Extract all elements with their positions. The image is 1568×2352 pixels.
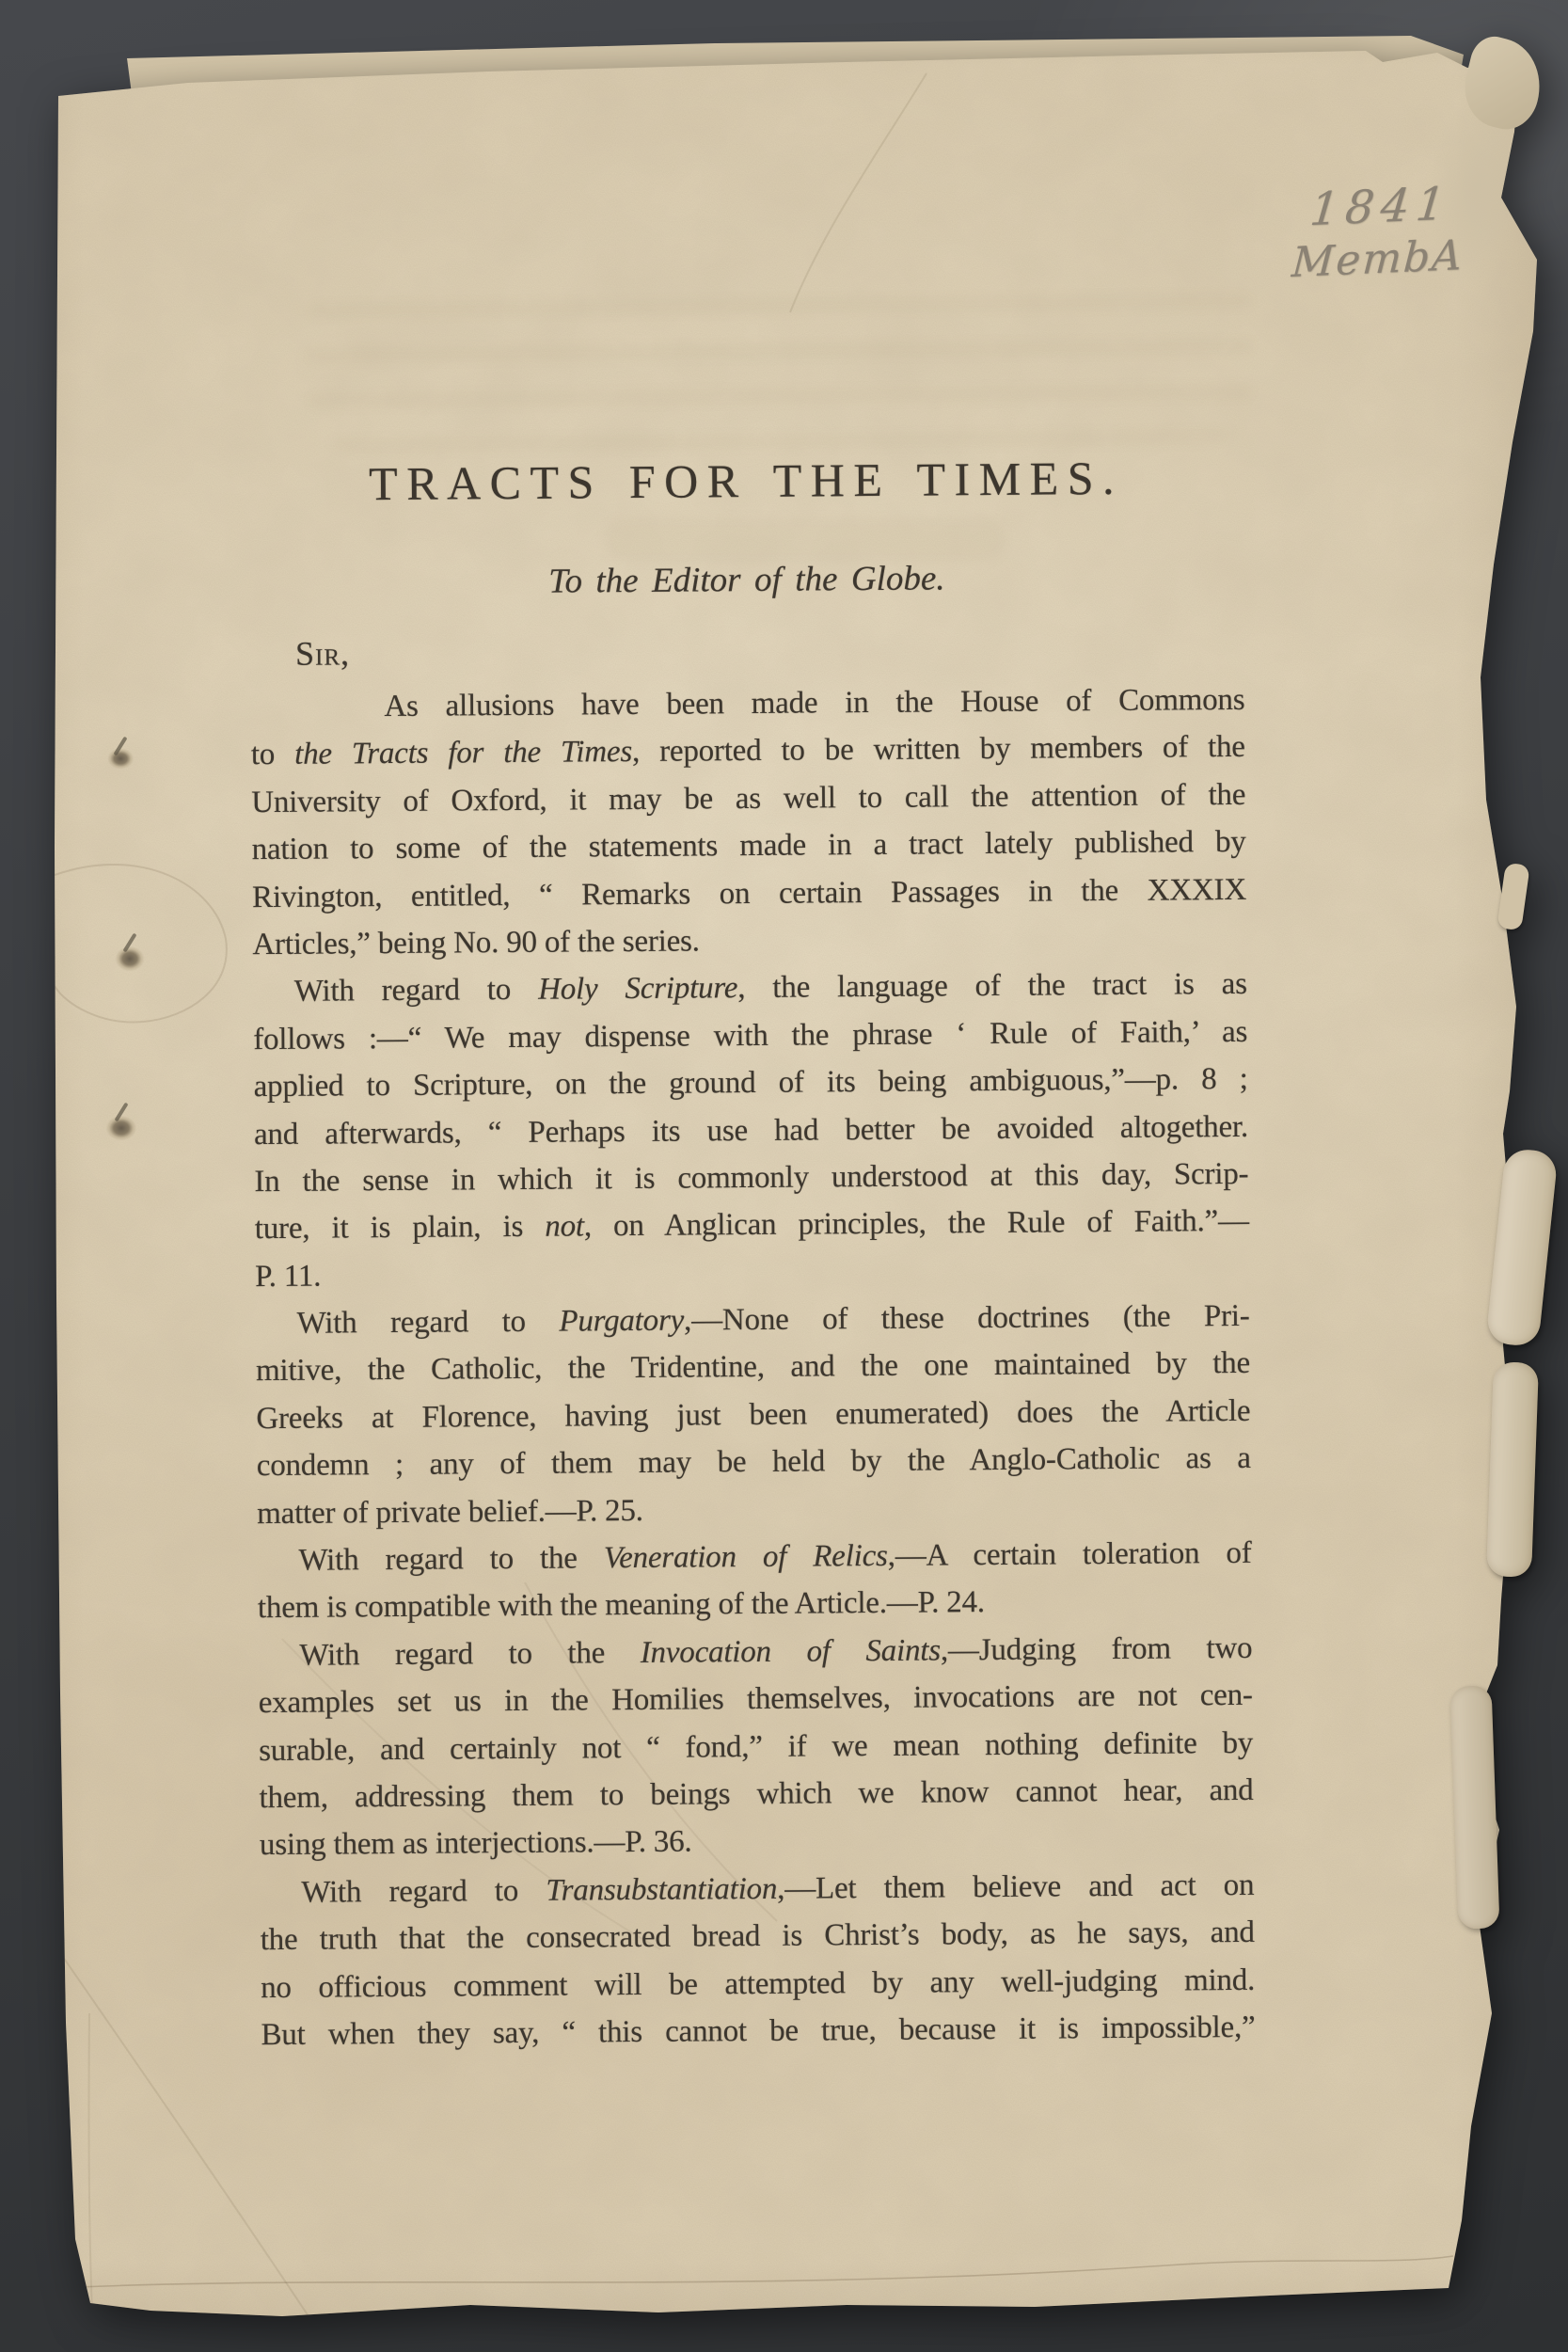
text-line: ture, it is plain, is not, on Anglican p… bbox=[255, 1198, 1249, 1253]
document-title: TRACTS FOR THE TIMES. bbox=[248, 450, 1243, 512]
text-line: them is compatible with the meaning of t… bbox=[258, 1577, 1252, 1632]
body-text: As allusions have been made in the House… bbox=[250, 676, 1255, 2059]
text-line: no officious comment will be attempted b… bbox=[261, 1956, 1255, 2011]
text-line: examples set us in the Homilies themselv… bbox=[259, 1672, 1253, 1727]
text-line: surable, and certainly not “ fond,” if w… bbox=[259, 1719, 1253, 1774]
text-line: using them as interjections.—P. 36. bbox=[260, 1814, 1254, 1869]
text-line: With regard to the Invocation of Saints,… bbox=[258, 1625, 1252, 1680]
text-line: But when they say, “ this cannot be true… bbox=[261, 2004, 1255, 2059]
text-line: to the Tracts for the Times, reported to… bbox=[251, 723, 1245, 779]
text-line: nation to some of the statements made in… bbox=[251, 818, 1245, 874]
text-line: With regard to Transubstantiation,—Let t… bbox=[260, 1862, 1254, 1917]
text-line: condemn ; any of them may be held by the… bbox=[257, 1435, 1251, 1490]
text-line: With regard to Holy Scripture, the langu… bbox=[253, 961, 1247, 1016]
text-line: and afterwards, “ Perhaps its use had be… bbox=[254, 1103, 1248, 1158]
salutation: Sir, bbox=[295, 633, 350, 673]
text-line: mitive, the Catholic, the Tridentine, an… bbox=[256, 1340, 1250, 1395]
text-line: matter of private belief.—P. 25. bbox=[257, 1482, 1251, 1537]
text-line: Rivington, entitled, “ Remarks on certai… bbox=[252, 866, 1246, 921]
text-line: In the sense in which it is commonly und… bbox=[254, 1151, 1248, 1206]
text-line: University of Oxford, it may be as well … bbox=[251, 771, 1245, 827]
text-line: Greeks at Florence, having just been enu… bbox=[256, 1388, 1250, 1443]
printed-content: TRACTS FOR THE TIMES. To the Editor of t… bbox=[0, 0, 1568, 2352]
page: TRACTS FOR THE TIMES. To the Editor of t… bbox=[0, 0, 1568, 2352]
tape-fragment bbox=[1450, 1685, 1500, 1929]
text-line: them, addressing them to beings which we… bbox=[259, 1767, 1253, 1822]
text-line: P. 11. bbox=[255, 1246, 1249, 1301]
text-line: applied to Scripture, on the ground of i… bbox=[253, 1056, 1247, 1111]
annotation-year: 1841 bbox=[1287, 177, 1464, 237]
tape-fragment bbox=[1486, 1361, 1539, 1578]
text-line: As allusions have been made in the House… bbox=[250, 676, 1244, 732]
page-wrap: TRACTS FOR THE TIMES. To the Editor of t… bbox=[0, 0, 1568, 2352]
text-line: With regard to the Veneration of Relics,… bbox=[257, 1530, 1251, 1585]
text-line: With regard to Purgatory,—None of these … bbox=[255, 1293, 1249, 1348]
annotation-mark: MembA bbox=[1291, 231, 1465, 287]
text-line: follows :—“ We may dispense with the phr… bbox=[253, 1009, 1247, 1064]
handwritten-annotation: 1841 MembA bbox=[1289, 177, 1465, 287]
scan-background: TRACTS FOR THE TIMES. To the Editor of t… bbox=[0, 0, 1568, 2352]
tape-fragment bbox=[1497, 863, 1529, 931]
text-line: the truth that the consecrated bread is … bbox=[261, 1909, 1255, 1964]
document-subtitle: To the Editor of the Globe. bbox=[249, 556, 1243, 604]
text-line: Articles,” being No. 90 of the series. bbox=[252, 914, 1246, 969]
